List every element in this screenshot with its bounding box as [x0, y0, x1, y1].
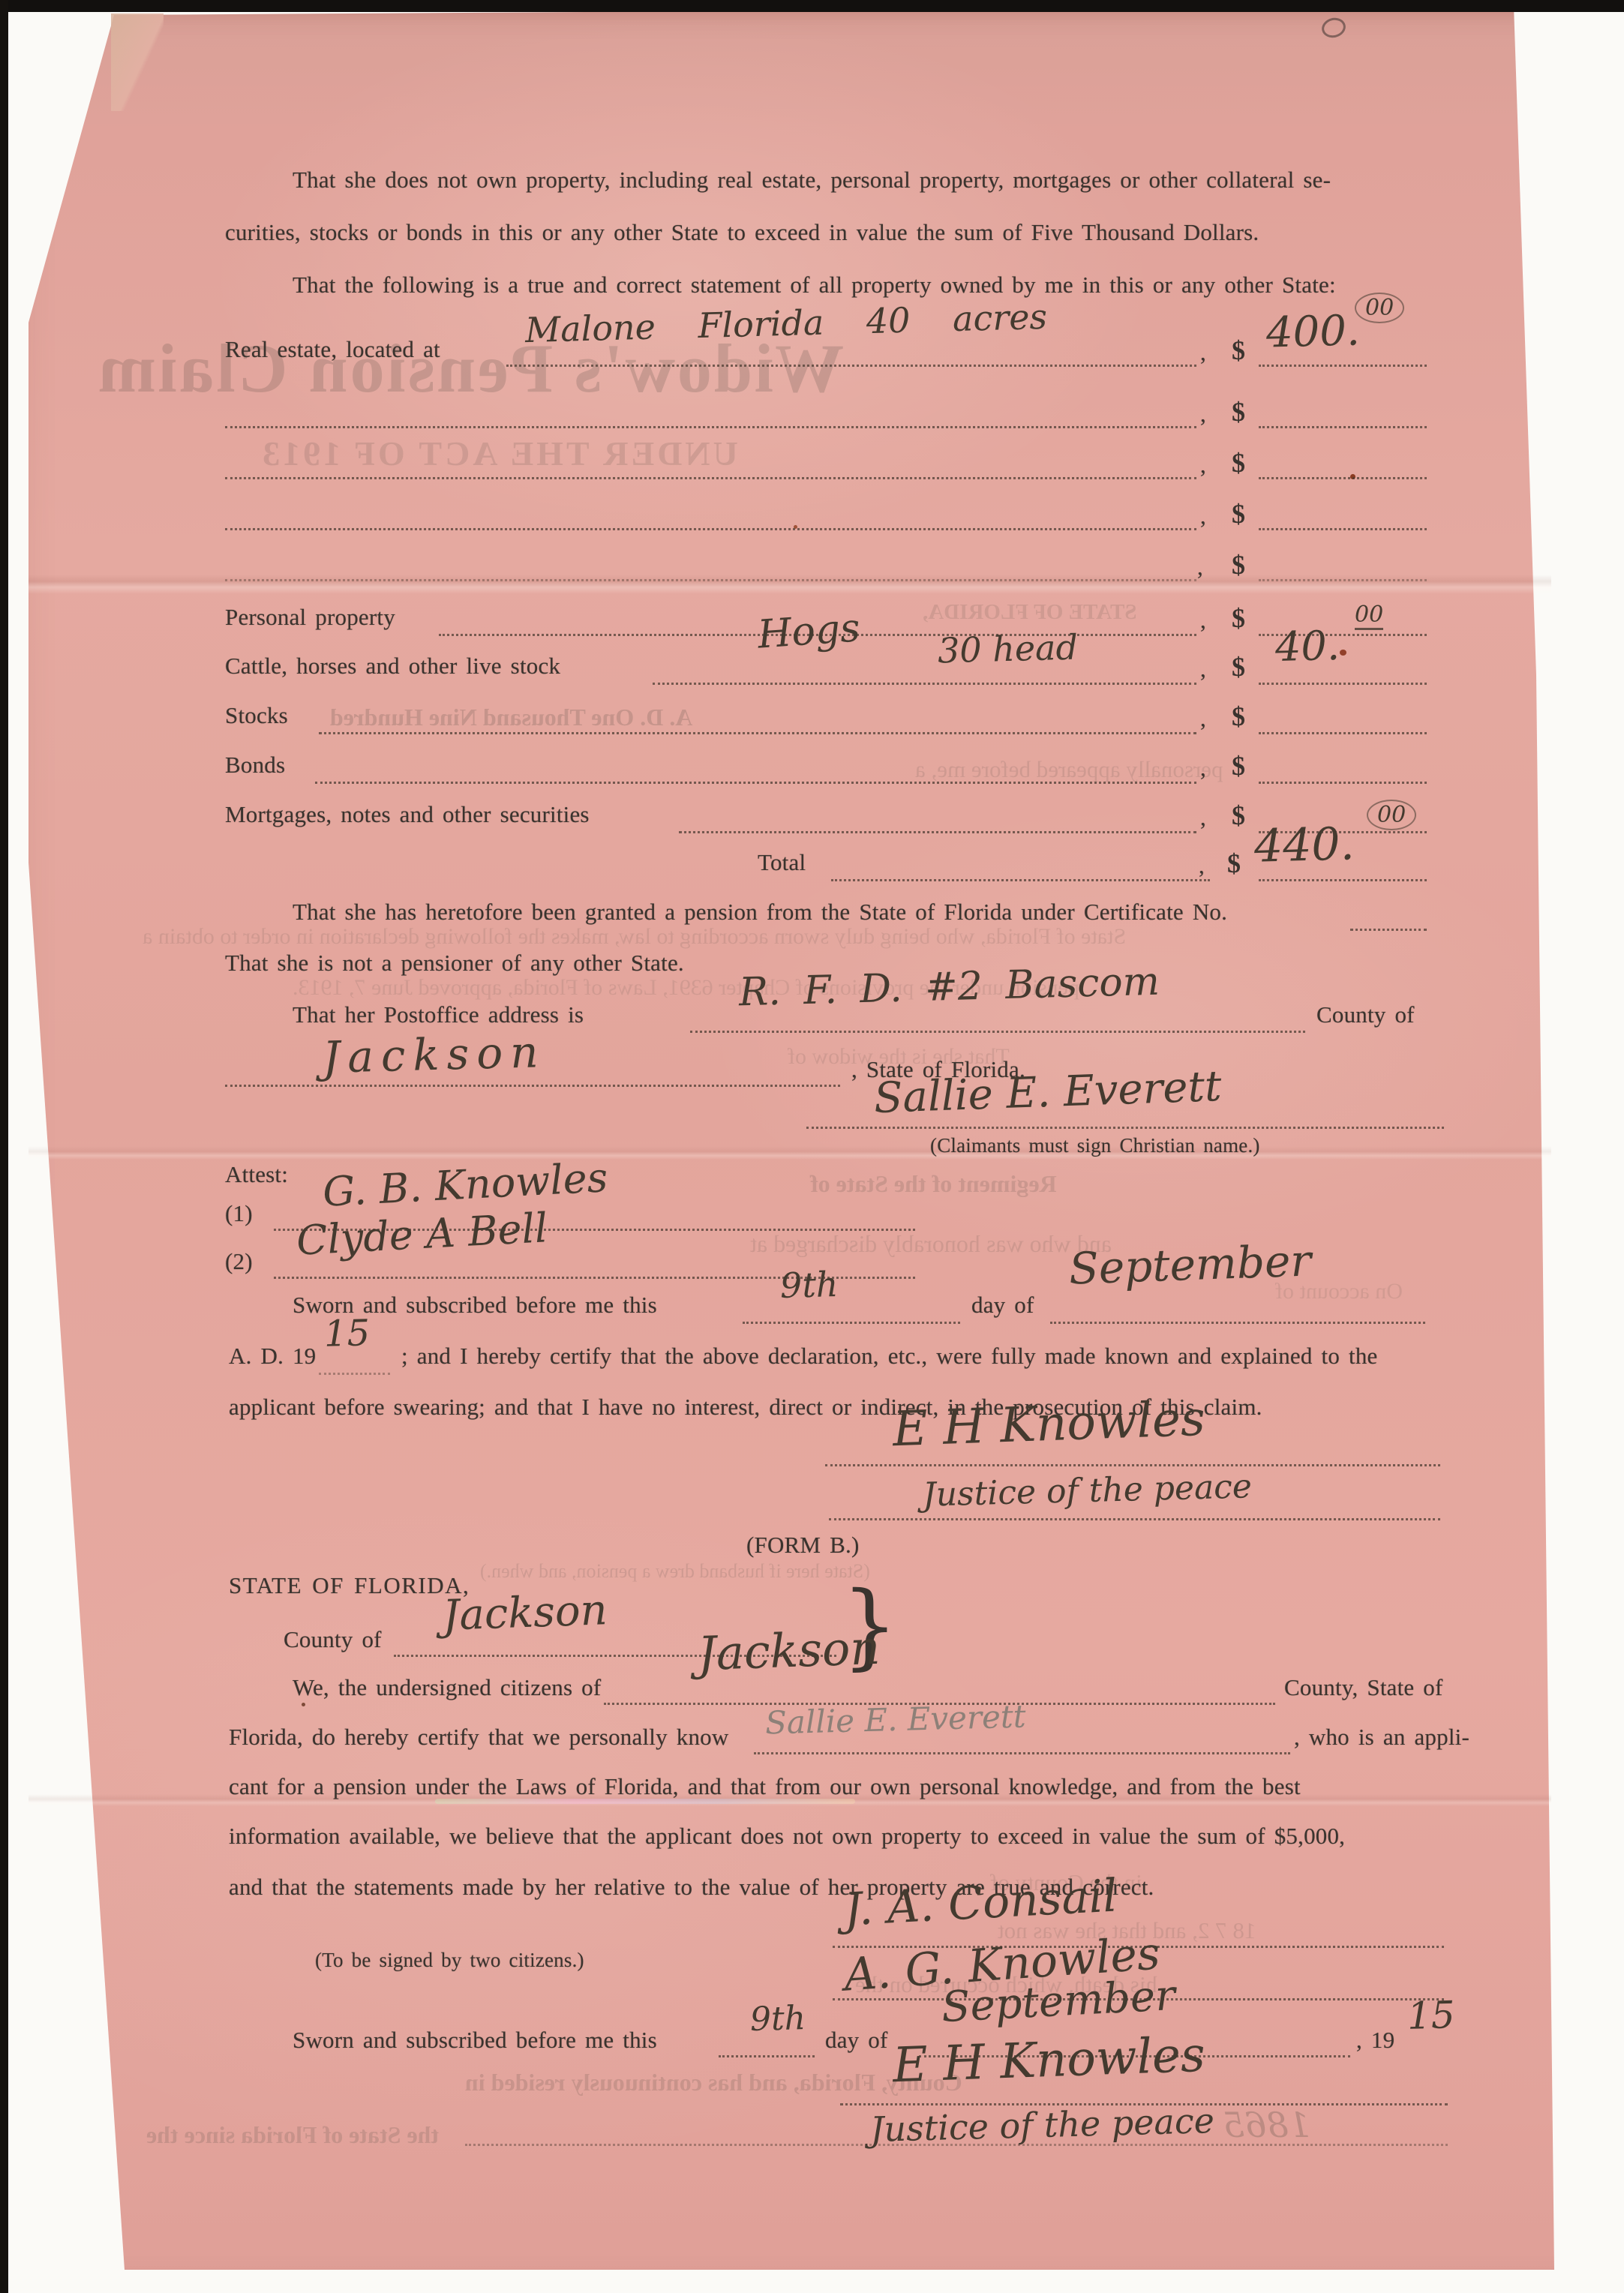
- dotted-line: [1259, 681, 1427, 685]
- declaration-line-1: That she does not own property, includin…: [293, 167, 1331, 194]
- sign-note: (Claimants must sign Christian name.): [930, 1134, 1260, 1157]
- two-citizens-note: (To be signed by two citizens.): [315, 1949, 584, 1972]
- declaration-line-2: curities, stocks or bonds in this or any…: [225, 219, 1259, 246]
- dollar-sign: $: [1227, 848, 1241, 879]
- bleedthrough-fragment: STATE OF FLORIDA,: [923, 600, 1136, 625]
- dotted-line: [315, 780, 1196, 784]
- form-b-heading: (FORM B.): [746, 1532, 860, 1559]
- paper-crease: [29, 1146, 1551, 1160]
- form-b-cert-line-1b: County, State of: [1284, 1674, 1443, 1701]
- row-comma: ,: [1200, 804, 1206, 831]
- livestock-cents: 00: [1355, 602, 1383, 630]
- dollar-sign: $: [1232, 701, 1245, 732]
- jurat1-day-entry: 9th: [779, 1264, 839, 1306]
- witness-1-number: (1): [225, 1200, 253, 1227]
- jurat2-day-of: day of: [825, 2027, 888, 2054]
- declaration-line-3: That the following is a true and correct…: [293, 272, 1336, 299]
- jurat1-day-of: day of: [971, 1292, 1034, 1319]
- form-b-cert-line-2a: Florida, do hereby certify that we perso…: [229, 1724, 728, 1751]
- form-b-cert-line-2b: , who is an appli-: [1294, 1724, 1469, 1751]
- dollar-sign: $: [1232, 447, 1245, 479]
- dotted-line: [225, 476, 1196, 479]
- form-b-county-entry: Jackson: [442, 1586, 608, 1640]
- total-label: Total: [758, 849, 806, 876]
- dotted-line: [679, 830, 1196, 833]
- form-b-state: STATE OF FLORIDA,: [229, 1572, 470, 1599]
- dotted-line: [225, 425, 1196, 428]
- dollar-sign: $: [1232, 396, 1245, 428]
- jurat1-notary-signature: E H Knowles: [892, 1391, 1206, 1457]
- county-entry: Jackson: [322, 1026, 546, 1083]
- bleedthrough-fragment: 1865: [1223, 2105, 1310, 2145]
- dollar-sign: $: [1232, 335, 1245, 366]
- mortgages-label: Mortgages, notes and other securities: [225, 801, 590, 828]
- jurat2-notary-signature: E H Knowles: [892, 2027, 1206, 2093]
- row-comma: ,: [1197, 554, 1203, 581]
- dotted-line: [225, 527, 1196, 530]
- row-comma: ,: [1200, 503, 1206, 530]
- bleedthrough-subtitle: UNDER THE ACT OF 1913: [154, 434, 844, 473]
- livestock-amount: 40.: [1274, 622, 1340, 671]
- jurat2-day-entry: 9th: [749, 1999, 806, 2039]
- jurat2-19-label: , 19: [1356, 2027, 1394, 2054]
- livestock-entry-kind: Hogs: [756, 605, 861, 657]
- dotted-line: [1259, 527, 1427, 530]
- livestock-label: Cattle, horses and other live stock: [225, 653, 560, 680]
- bleedthrough-fragment: County, Florida, and has continuously re…: [465, 2069, 962, 2096]
- jurat2-sworn-line: Sworn and subscribed before me this: [293, 2027, 657, 2054]
- dotted-line: [1259, 578, 1427, 581]
- dollar-sign: $: [1232, 651, 1245, 683]
- real-estate-amount: 400.: [1265, 306, 1360, 357]
- paper-fold-corner: [111, 14, 164, 111]
- bonds-label: Bonds: [225, 752, 285, 779]
- form-b-county-label: County of: [284, 1626, 382, 1653]
- dotted-line: [1259, 780, 1427, 784]
- row-comma: ,: [1200, 452, 1206, 479]
- bleedthrough-fragment: State of Florida, who being duly sworn a…: [143, 924, 1126, 950]
- bleedthrough-fragment: (State here if husband drew a pension, a…: [480, 1560, 870, 1583]
- county-of-label: County of: [1316, 1001, 1415, 1028]
- stocks-label: Stocks: [225, 702, 288, 729]
- jurat1-month-entry: September: [1068, 1235, 1312, 1294]
- jurat2-year-entry: 15: [1406, 1993, 1455, 2038]
- dotted-line: [225, 1083, 840, 1087]
- dotted-line: [225, 578, 1196, 581]
- total-amount: 440.: [1253, 818, 1355, 872]
- jurat1-ad-label: A. D. 19: [229, 1343, 316, 1370]
- dollar-sign: $: [1232, 750, 1245, 782]
- bleedthrough-fragment: A. D. One Thousand Nine Hundred: [330, 704, 692, 731]
- dotted-line: [1050, 1320, 1425, 1324]
- postoffice-label: That her Postoffice address is: [293, 1001, 584, 1028]
- dotted-line: [319, 731, 1196, 734]
- row-comma: ,: [1200, 755, 1206, 782]
- not-pensioner-line: That she is not a pensioner of any other…: [225, 950, 684, 977]
- dotted-line: [829, 1517, 1440, 1520]
- row-comma: ,: [1200, 339, 1206, 366]
- row-comma: ,: [1200, 401, 1206, 428]
- form-b-applicant-entry: Sallie E. Everett: [764, 1697, 1026, 1741]
- bleedthrough-fragment: the State of Florida since the: [146, 2121, 439, 2149]
- total-cents: 00: [1367, 800, 1416, 830]
- dotted-line: [690, 1029, 1305, 1033]
- form-b-cert-line-3: cant for a pension under the Laws of Flo…: [229, 1773, 1301, 1800]
- pension-granted-line: That she has heretofore been granted a p…: [293, 899, 1227, 926]
- dotted-line: [719, 2054, 815, 2057]
- real-estate-label: Real estate, located at: [225, 336, 440, 363]
- dotted-line: [1350, 927, 1427, 931]
- jurat1-year-entry: 15: [323, 1312, 371, 1355]
- dotted-line: [319, 1371, 390, 1375]
- dotted-line: [1259, 425, 1427, 428]
- dotted-line: [1259, 476, 1427, 479]
- dotted-line: [743, 1320, 960, 1324]
- livestock-entry-count: 30 head: [937, 627, 1078, 671]
- dollar-sign: $: [1232, 549, 1245, 581]
- form-b-citizens-county-entry: Jackson: [697, 1620, 881, 1681]
- dollar-sign: $: [1232, 800, 1245, 831]
- dollar-sign: $: [1232, 498, 1245, 530]
- scanner-edge-left: [0, 0, 8, 2293]
- row-comma: ,: [1200, 705, 1206, 732]
- scanner-edge-top: [0, 0, 1624, 12]
- dotted-line: [465, 2142, 1448, 2146]
- dotted-line: [653, 681, 1196, 685]
- real-estate-cents: 00: [1355, 293, 1404, 323]
- dollar-sign: $: [1232, 602, 1245, 634]
- bleedthrough-fragment: Regiment of the State of: [810, 1170, 1057, 1198]
- dotted-line: [806, 1125, 1444, 1129]
- row-comma: ,: [1199, 852, 1205, 879]
- foxing-spot: [1340, 650, 1346, 656]
- dotted-line: [1259, 363, 1427, 367]
- foxing-spot: [302, 1703, 305, 1706]
- scanned-pension-document: Widow's Pension Claim UNDER THE ACT OF 1…: [0, 0, 1624, 2293]
- form-b-cert-line-4: information available, we believe that t…: [229, 1823, 1345, 1850]
- bleedthrough-fragment: personally appeared before me, a: [915, 756, 1223, 783]
- dotted-line: [831, 878, 1210, 881]
- witness-2-number: (2): [225, 1248, 253, 1275]
- dotted-line: [825, 1463, 1440, 1466]
- row-comma: ,: [1200, 656, 1206, 683]
- personal-property-label: Personal property: [225, 604, 395, 631]
- dotted-line: [1259, 731, 1427, 734]
- dotted-line: [1259, 878, 1427, 881]
- bleedthrough-fragment: and who was honorably discharged at: [750, 1230, 1112, 1258]
- row-comma: ,: [1200, 607, 1206, 634]
- jurat1-cert-line-1: ; and I hereby certify that the above de…: [401, 1343, 1377, 1370]
- form-b-cert-line-1a: We, the undersigned citizens of: [293, 1674, 601, 1701]
- dotted-line: [754, 1751, 1290, 1754]
- attest-label: Attest:: [225, 1161, 288, 1188]
- dotted-line: [506, 363, 1196, 367]
